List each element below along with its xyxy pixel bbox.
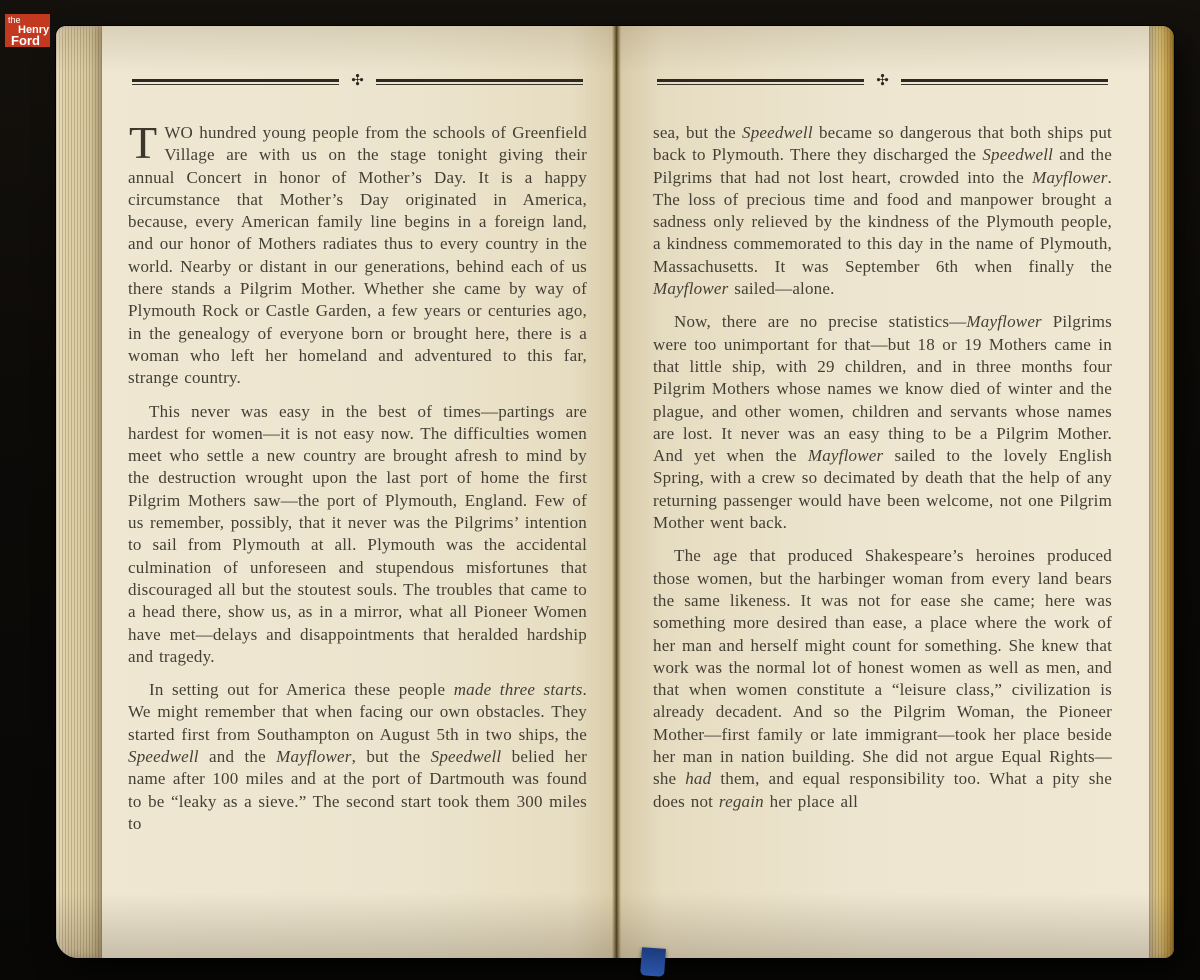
paragraph: sea, but the Speedwell became so dangero…	[653, 122, 1112, 300]
page-edges-right	[1149, 26, 1174, 958]
logo-text-ford: Ford	[5, 35, 50, 47]
open-book-photo: { "logo": { "line1": "the", "line2": "He…	[0, 0, 1200, 980]
rule-line	[376, 79, 583, 85]
paragraph: This never was easy in the best of times…	[128, 401, 587, 669]
paragraph: TWO hundred young people from the school…	[128, 122, 587, 390]
paragraph: The age that produced Shakespeare’s hero…	[653, 545, 1112, 813]
left-page: ✣ TWO hundred young people from the scho…	[102, 26, 612, 958]
rule-line	[657, 79, 864, 85]
rule-line	[132, 79, 339, 85]
right-page: ✣ sea, but the Speedwell became so dange…	[621, 26, 1149, 958]
drop-cap: T	[128, 122, 164, 161]
headpiece-rule: ✣	[657, 74, 1108, 89]
henry-ford-logo: the Henry Ford	[5, 14, 50, 47]
paragraph: Now, there are no precise statistics—May…	[653, 311, 1112, 534]
rule-line	[901, 79, 1108, 85]
paragraph: In setting out for America these people …	[128, 679, 587, 835]
right-page-text: sea, but the Speedwell became so dangero…	[653, 122, 1112, 813]
ribbon-bookmark	[640, 947, 666, 977]
fleuron-icon: ✣	[351, 73, 364, 88]
open-book-spread: ✣ TWO hundred young people from the scho…	[56, 26, 1174, 958]
page-edges-left	[56, 26, 102, 958]
book-gutter	[612, 26, 621, 958]
fleuron-icon: ✣	[876, 73, 889, 88]
headpiece-rule: ✣	[132, 74, 583, 89]
left-page-text: TWO hundred young people from the school…	[128, 122, 587, 835]
